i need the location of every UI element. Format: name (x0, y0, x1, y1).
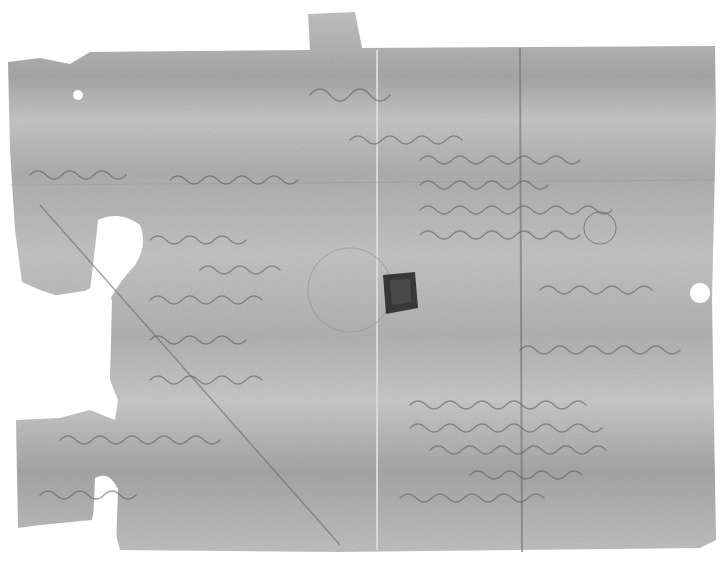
letter-scan (0, 0, 728, 568)
letter-image (0, 0, 728, 568)
